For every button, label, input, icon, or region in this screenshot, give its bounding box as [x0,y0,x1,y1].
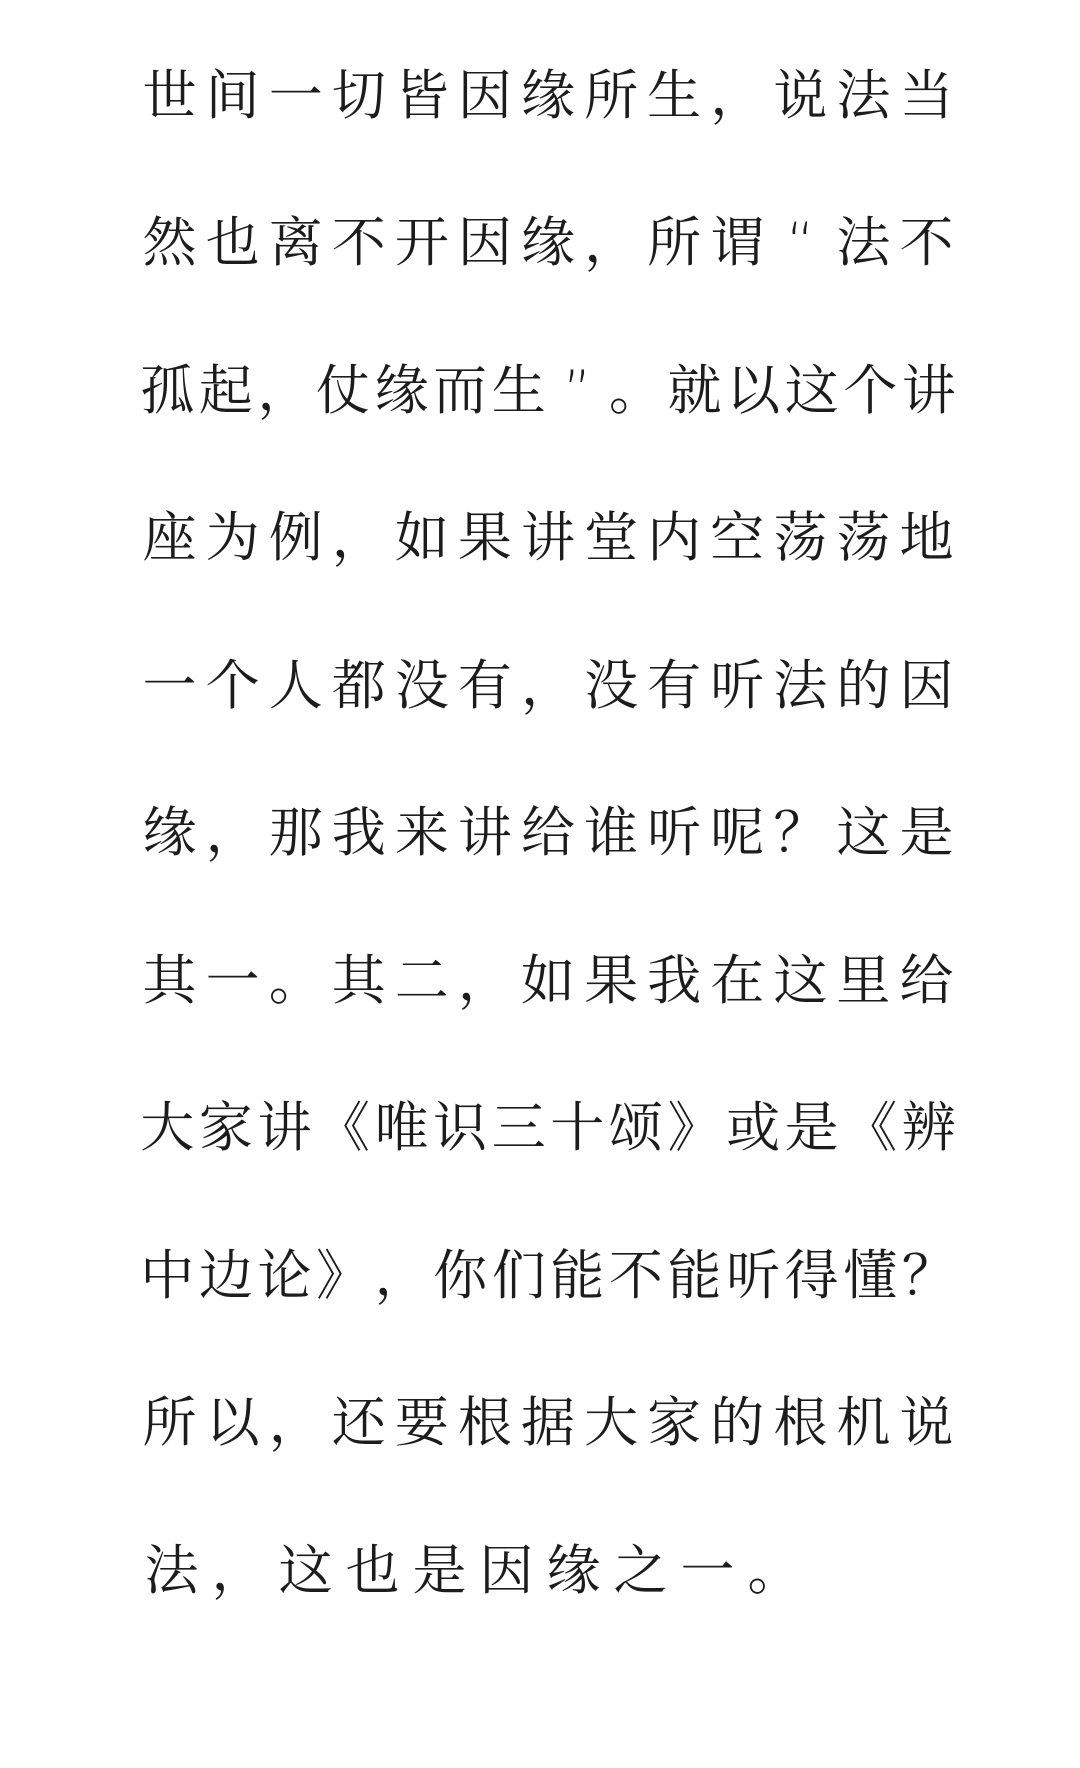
glyph: 。 [607,361,666,421]
glyph: 皆 [390,66,453,126]
glyph: 空 [706,508,769,568]
glyph: 果 [580,951,643,1011]
glyph: 家 [197,1098,256,1158]
glyph: 一 [138,656,201,716]
glyph: 这 [782,361,841,421]
glyph: 给 [516,803,579,863]
glyph: 其 [327,951,390,1011]
glyph: 有 [453,656,516,716]
glyph: 还 [327,1393,390,1453]
glyph: 有 [643,656,706,716]
glyph: 唯 [372,1098,431,1158]
glyph: 为 [201,508,264,568]
glyph: 座 [138,508,201,568]
glyph: 讲 [255,1098,314,1158]
glyph: 一 [674,1541,741,1601]
glyph: 这 [769,951,832,1011]
glyph: 你 [431,1246,490,1306]
text-line-1: 世间一切皆因缘所生，说法当 [138,66,958,126]
glyph: 不 [327,213,390,273]
glyph: 们 [489,1246,548,1306]
glyph: 然 [138,213,201,273]
glyph: 来 [390,803,453,863]
glyph: 根 [453,1393,516,1453]
text-line-2: 然也离不开因缘，所谓“法不 [138,213,958,273]
glyph: 家 [643,1393,706,1453]
glyph: 听 [706,656,769,716]
glyph: 十 [548,1098,607,1158]
glyph: 边 [197,1246,256,1306]
glyph: 当 [895,66,958,126]
glyph: 是 [406,1541,473,1601]
glyph: 谁 [580,803,643,863]
glyph: ？ [900,1246,959,1306]
glyph: 论 [255,1246,314,1306]
text-line-8: 大家讲《唯识三十颂》或是《辨 [138,1098,958,1158]
glyph: 大 [580,1393,643,1453]
glyph: 生 [489,361,548,421]
glyph: 懂 [841,1246,900,1306]
glyph: 也 [339,1541,406,1601]
glyph: 个 [201,656,264,716]
article-page: 世间一切皆因缘所生，说法当 然也离不开因缘，所谓“法不 孤起，仗缘而生”。就以这… [0,0,1080,1768]
glyph: ， [706,66,769,126]
glyph: ， [255,361,314,421]
glyph: 因 [895,656,958,716]
glyph: 呢 [706,803,769,863]
glyph: 内 [643,508,706,568]
glyph: “ [769,213,832,273]
glyph: 离 [264,213,327,273]
glyph: 如 [390,508,453,568]
glyph: ， [453,951,516,1011]
text-line-9: 中边论》，你们能不能听得懂？ [138,1246,958,1306]
glyph: 这 [272,1541,339,1601]
glyph: 也 [201,213,264,273]
glyph: 法 [769,656,832,716]
glyph: 不 [607,1246,666,1306]
glyph: 仗 [314,361,373,421]
glyph: 讲 [900,361,959,421]
glyph: 的 [706,1393,769,1453]
glyph: 因 [453,213,516,273]
glyph: ， [327,508,390,568]
glyph: 辨 [900,1098,959,1158]
glyph: 。 [264,951,327,1011]
glyph: ？ [769,803,832,863]
glyph: 没 [390,656,453,716]
glyph: ， [201,803,264,863]
glyph: 法 [832,213,895,273]
glyph: 世 [138,66,201,126]
glyph: 一 [201,951,264,1011]
glyph: 例 [264,508,327,568]
glyph: 听 [724,1246,783,1306]
glyph: 能 [665,1246,724,1306]
text-line-11: 法，这也是因缘之一。 [138,1541,958,1601]
glyph: 识 [431,1098,490,1158]
glyph: 中 [138,1246,197,1306]
text-line-3: 孤起，仗缘而生”。就以这个讲 [138,361,958,421]
glyph: ， [372,1246,431,1306]
glyph: 荡 [832,508,895,568]
glyph: 间 [201,66,264,126]
glyph: 给 [895,951,958,1011]
glyph: 缘 [540,1541,607,1601]
glyph: ， [580,213,643,273]
glyph: 不 [895,213,958,273]
glyph: 就 [665,361,724,421]
glyph: 》 [665,1098,724,1158]
glyph: 缘 [516,66,579,126]
glyph: 要 [390,1393,453,1453]
glyph: ， [264,1393,327,1453]
glyph: 。 [741,1541,808,1601]
glyph: 讲 [516,508,579,568]
glyph: 没 [580,656,643,716]
glyph: 以 [201,1393,264,1453]
glyph: 据 [516,1393,579,1453]
glyph: 切 [327,66,390,126]
glyph: 在 [706,951,769,1011]
glyph: 是 [782,1098,841,1158]
glyph: 果 [453,508,516,568]
text-line-6: 缘，那我来讲给谁听呢？这是 [138,803,958,863]
glyph: 说 [895,1393,958,1453]
glyph: 大 [138,1098,197,1158]
glyph: 生 [643,66,706,126]
glyph: 《 [314,1098,373,1158]
glyph: 说 [769,66,832,126]
glyph: 如 [516,951,579,1011]
glyph: 根 [769,1393,832,1453]
text-line-7: 其一。其二，如果我在这里给 [138,951,958,1011]
glyph: 我 [327,803,390,863]
glyph: ， [516,656,579,716]
glyph: 孤 [138,361,197,421]
glyph: 堂 [580,508,643,568]
glyph: 因 [473,1541,540,1601]
glyph: ” [548,361,607,421]
glyph: 二 [390,951,453,1011]
glyph: 我 [643,951,706,1011]
glyph: 缘 [516,213,579,273]
glyph: 法 [832,66,895,126]
glyph: ， [205,1541,272,1601]
glyph: 里 [832,951,895,1011]
glyph: 其 [138,951,201,1011]
glyph: 都 [327,656,390,716]
glyph: 这 [832,803,895,863]
glyph: 颂 [607,1098,666,1158]
glyph: 荡 [769,508,832,568]
glyph: 开 [390,213,453,273]
glyph: 所 [580,66,643,126]
glyph: 谓 [706,213,769,273]
glyph: 是 [895,803,958,863]
glyph: 能 [548,1246,607,1306]
glyph: 一 [264,66,327,126]
glyph: 的 [832,656,895,716]
glyph: 那 [264,803,327,863]
glyph: 之 [607,1541,674,1601]
glyph: 三 [489,1098,548,1158]
glyph: 所 [138,1393,201,1453]
glyph: 》 [314,1246,373,1306]
glyph: 以 [724,361,783,421]
glyph: 法 [138,1541,205,1601]
glyph: 所 [643,213,706,273]
glyph: 听 [643,803,706,863]
glyph: 机 [832,1393,895,1453]
glyph: 得 [782,1246,841,1306]
text-line-10: 所以，还要根据大家的根机说 [138,1393,958,1453]
glyph: 或 [724,1098,783,1158]
text-line-5: 一个人都没有，没有听法的因 [138,656,958,716]
glyph: 人 [264,656,327,716]
glyph: 而 [431,361,490,421]
glyph: 地 [895,508,958,568]
glyph: 因 [453,66,516,126]
glyph: 讲 [453,803,516,863]
glyph: 缘 [138,803,201,863]
text-line-4: 座为例，如果讲堂内空荡荡地 [138,508,958,568]
glyph: 个 [841,361,900,421]
glyph: 缘 [372,361,431,421]
glyph: 起 [197,361,256,421]
glyph: 《 [841,1098,900,1158]
